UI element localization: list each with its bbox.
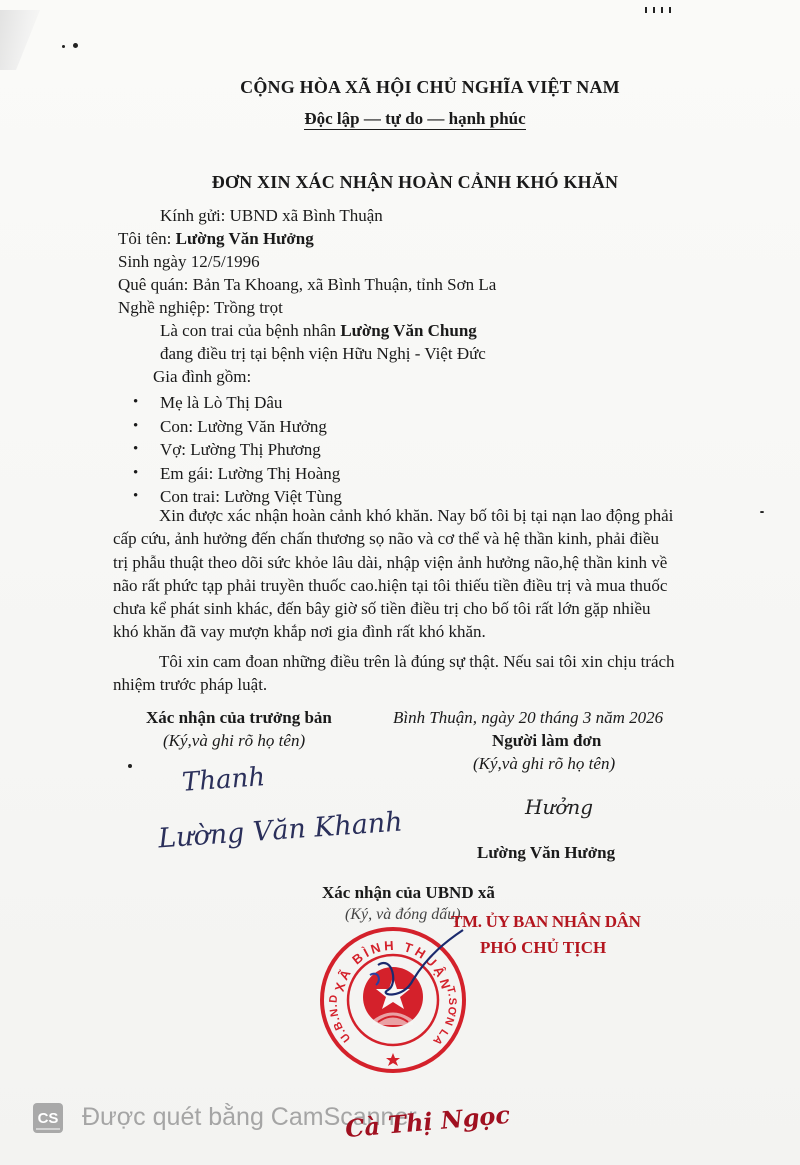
national-motto: Độc lập — tự do — hạnh phúc bbox=[0, 109, 800, 129]
patient-name: Lường Văn Chung bbox=[340, 321, 476, 340]
family-member: Con: Lường Văn Hưởng bbox=[133, 415, 342, 439]
binding-marks bbox=[645, 0, 685, 6]
village-head-instruction: (Ký,và ghi rõ họ tên) bbox=[163, 731, 305, 751]
national-title: CỘNG HÒA XÃ HỘI CHỦ NGHĨA VIỆT NAM bbox=[0, 77, 800, 98]
occupation-line: Nghề nghiệp: Trồng trọt bbox=[118, 297, 283, 319]
scan-speck bbox=[62, 45, 65, 48]
paragraph-line: Tôi xin cam đoan những điều trên là đúng… bbox=[113, 650, 763, 673]
motto-text: Độc lập — tự do — hạnh phúc bbox=[304, 109, 525, 130]
applicant-printed-name: Lường Văn Hưởng bbox=[477, 843, 615, 863]
village-head-signature: Thanh bbox=[181, 762, 266, 798]
family-member: Vợ: Lường Thị Phương bbox=[133, 438, 342, 462]
applicant-name: Lường Văn Hưởng bbox=[176, 229, 314, 248]
scan-speck bbox=[128, 764, 132, 768]
request-paragraph: Xin được xác nhận hoàn cảnh khó khăn. Na… bbox=[113, 504, 763, 644]
authority-line-2: PHÓ CHỦ TỊCH bbox=[480, 938, 606, 958]
camscanner-logo-icon: CS bbox=[33, 1103, 63, 1133]
village-head-title: Xác nhận của trưởng bản bbox=[146, 708, 332, 728]
paragraph-line: não rất phức tạp phải truyền thuốc cao.h… bbox=[113, 574, 763, 597]
paragraph-line: Xin được xác nhận hoàn cảnh khó khăn. Na… bbox=[113, 504, 763, 527]
family-member-list: Mẹ là Lò Thị Dâu Con: Lường Văn Hưởng Vợ… bbox=[133, 391, 342, 509]
document-title: ĐƠN XIN XÁC NHẬN HOÀN CẢNH KHÓ KHĂN bbox=[0, 172, 800, 193]
paragraph-line: khó khăn đã vay mượn khắp nơi gia đình r… bbox=[113, 620, 763, 643]
applicant-instruction: (Ký,và ghi rõ họ tên) bbox=[473, 754, 615, 774]
scan-speck bbox=[73, 43, 78, 48]
relation-prefix: Là con trai của bệnh nhân bbox=[160, 321, 340, 340]
relation-line: Là con trai của bệnh nhân Lường Văn Chun… bbox=[160, 320, 477, 342]
commune-title: Xác nhận của UBND xã bbox=[322, 883, 495, 903]
commune-instruction: (Ký, và đóng dấu) bbox=[345, 906, 461, 924]
applicant-line: Tôi tên: Lường Văn Hưởng bbox=[118, 228, 314, 250]
birth-date-line: Sinh ngày 12/5/1996 bbox=[118, 251, 260, 273]
authority-line-1: TM. ỦY BAN NHÂN DÂN bbox=[451, 912, 641, 932]
hometown-line: Quê quán: Bản Ta Khoang, xã Bình Thuận, … bbox=[118, 274, 496, 296]
place-and-date: Bình Thuận, ngày 20 tháng 3 năm 2026 bbox=[393, 708, 663, 728]
family-member: Mẹ là Lò Thị Dâu bbox=[133, 391, 342, 415]
family-member: Em gái: Lường Thị Hoàng bbox=[133, 462, 342, 486]
pledge-paragraph: Tôi xin cam đoan những điều trên là đúng… bbox=[113, 650, 763, 697]
paragraph-line: cấp cứu, ảnh hưởng đến chấn thương sọ nã… bbox=[113, 527, 763, 550]
paragraph-line: nhiệm trước pháp luật. bbox=[113, 673, 763, 696]
paragraph-line: trị phẫu thuật theo dõi sức khỏe lâu dài… bbox=[113, 551, 763, 574]
recipient-line: Kính gửi: UBND xã Bình Thuận bbox=[160, 205, 383, 227]
official-seal-icon: XÃ BÌNH THUẬN U.B.N.D T.SƠN LA bbox=[318, 925, 468, 1075]
hospital-line: đang điều trị tại bệnh viện Hữu Nghị - V… bbox=[160, 343, 486, 365]
applicant-label: Tôi tên: bbox=[118, 229, 176, 248]
applicant-signature: Hưởng bbox=[525, 795, 593, 819]
paragraph-line: chưa kể phát sinh khác, đến bây giờ số t… bbox=[113, 597, 763, 620]
camscanner-badge-text: CS bbox=[38, 1110, 59, 1127]
applicant-title: Người làm đơn bbox=[492, 731, 601, 751]
family-heading: Gia đình gồm: bbox=[153, 366, 251, 388]
